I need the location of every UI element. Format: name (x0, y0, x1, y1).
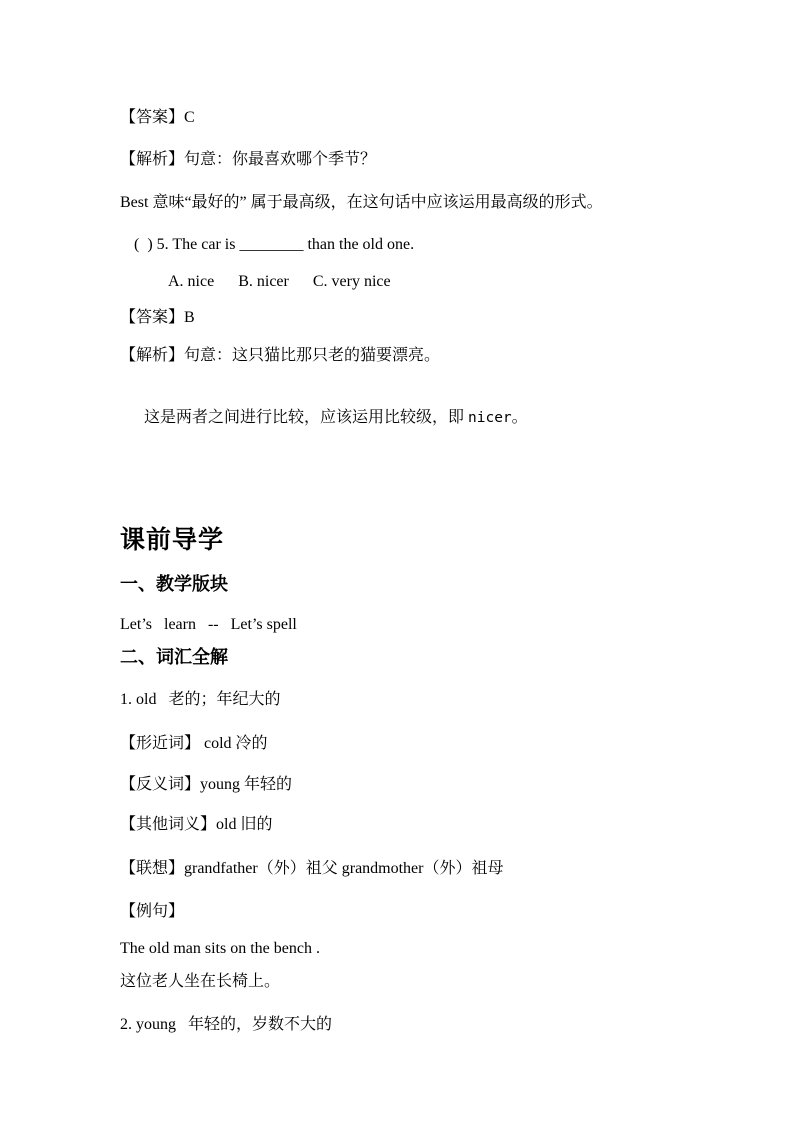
vocab-example-chinese: 这位老人坐在长椅上。 (120, 972, 723, 992)
vocab-other-meaning-line: 【其他词义】old 旧的 (120, 815, 723, 835)
explanation-period: 。 (512, 409, 528, 426)
vocab-example-label: 【例句】 (120, 902, 723, 922)
vocab-similar-word-line: 【形近词】 cold 冷的 (120, 734, 723, 754)
explanation-line-q5: 这是两者之间进行比较，应该运用比较级，即 nicer。 (120, 388, 723, 448)
document-page: 【答案】C 【解析】句意：你最喜欢哪个季节？ Best 意味“最好的” 属于最高… (0, 0, 793, 1122)
question-line-q5: ( ) 5. The car is ________ than the old … (120, 235, 723, 255)
subheading-vocabulary: 二、词汇全解 (120, 647, 723, 667)
explanation-text: 这是两者之间进行比较，应该运用比较级，即 (144, 409, 468, 426)
module-content-line: Let’s learn -- Let’s spell (120, 615, 723, 635)
vocab-association-line: 【联想】grandfather（外）祖父 grandmother（外）祖母 (120, 859, 723, 879)
vocab-entry-old: 1. old 老的；年纪大的 (120, 690, 723, 710)
options-line-q5: A. nice B. nicer C. very nice (120, 272, 723, 292)
section-heading-preview: 课前导学 (120, 526, 723, 554)
explanation-term: nicer (468, 410, 512, 426)
document-body: 【答案】C 【解析】句意：你最喜欢哪个季节？ Best 意味“最好的” 属于最高… (120, 108, 723, 1035)
answer-line-q5: 【答案】B (120, 308, 723, 328)
subheading-teaching-module: 一、教学版块 (120, 574, 723, 594)
analysis-line-q5: 【解析】句意：这只猫比那只老的猫要漂亮。 (120, 346, 723, 366)
explanation-line-q4: Best 意味“最好的” 属于最高级，在这句话中应该运用最高级的形式。 (120, 193, 723, 213)
analysis-line-q4: 【解析】句意：你最喜欢哪个季节？ (120, 150, 723, 170)
vocab-antonym-line: 【反义词】young 年轻的 (120, 775, 723, 795)
answer-line-q4: 【答案】C (120, 108, 723, 128)
vocab-example-english: The old man sits on the bench . (120, 939, 723, 959)
vocab-entry-young: 2. young 年轻的，岁数不大的 (120, 1015, 723, 1035)
